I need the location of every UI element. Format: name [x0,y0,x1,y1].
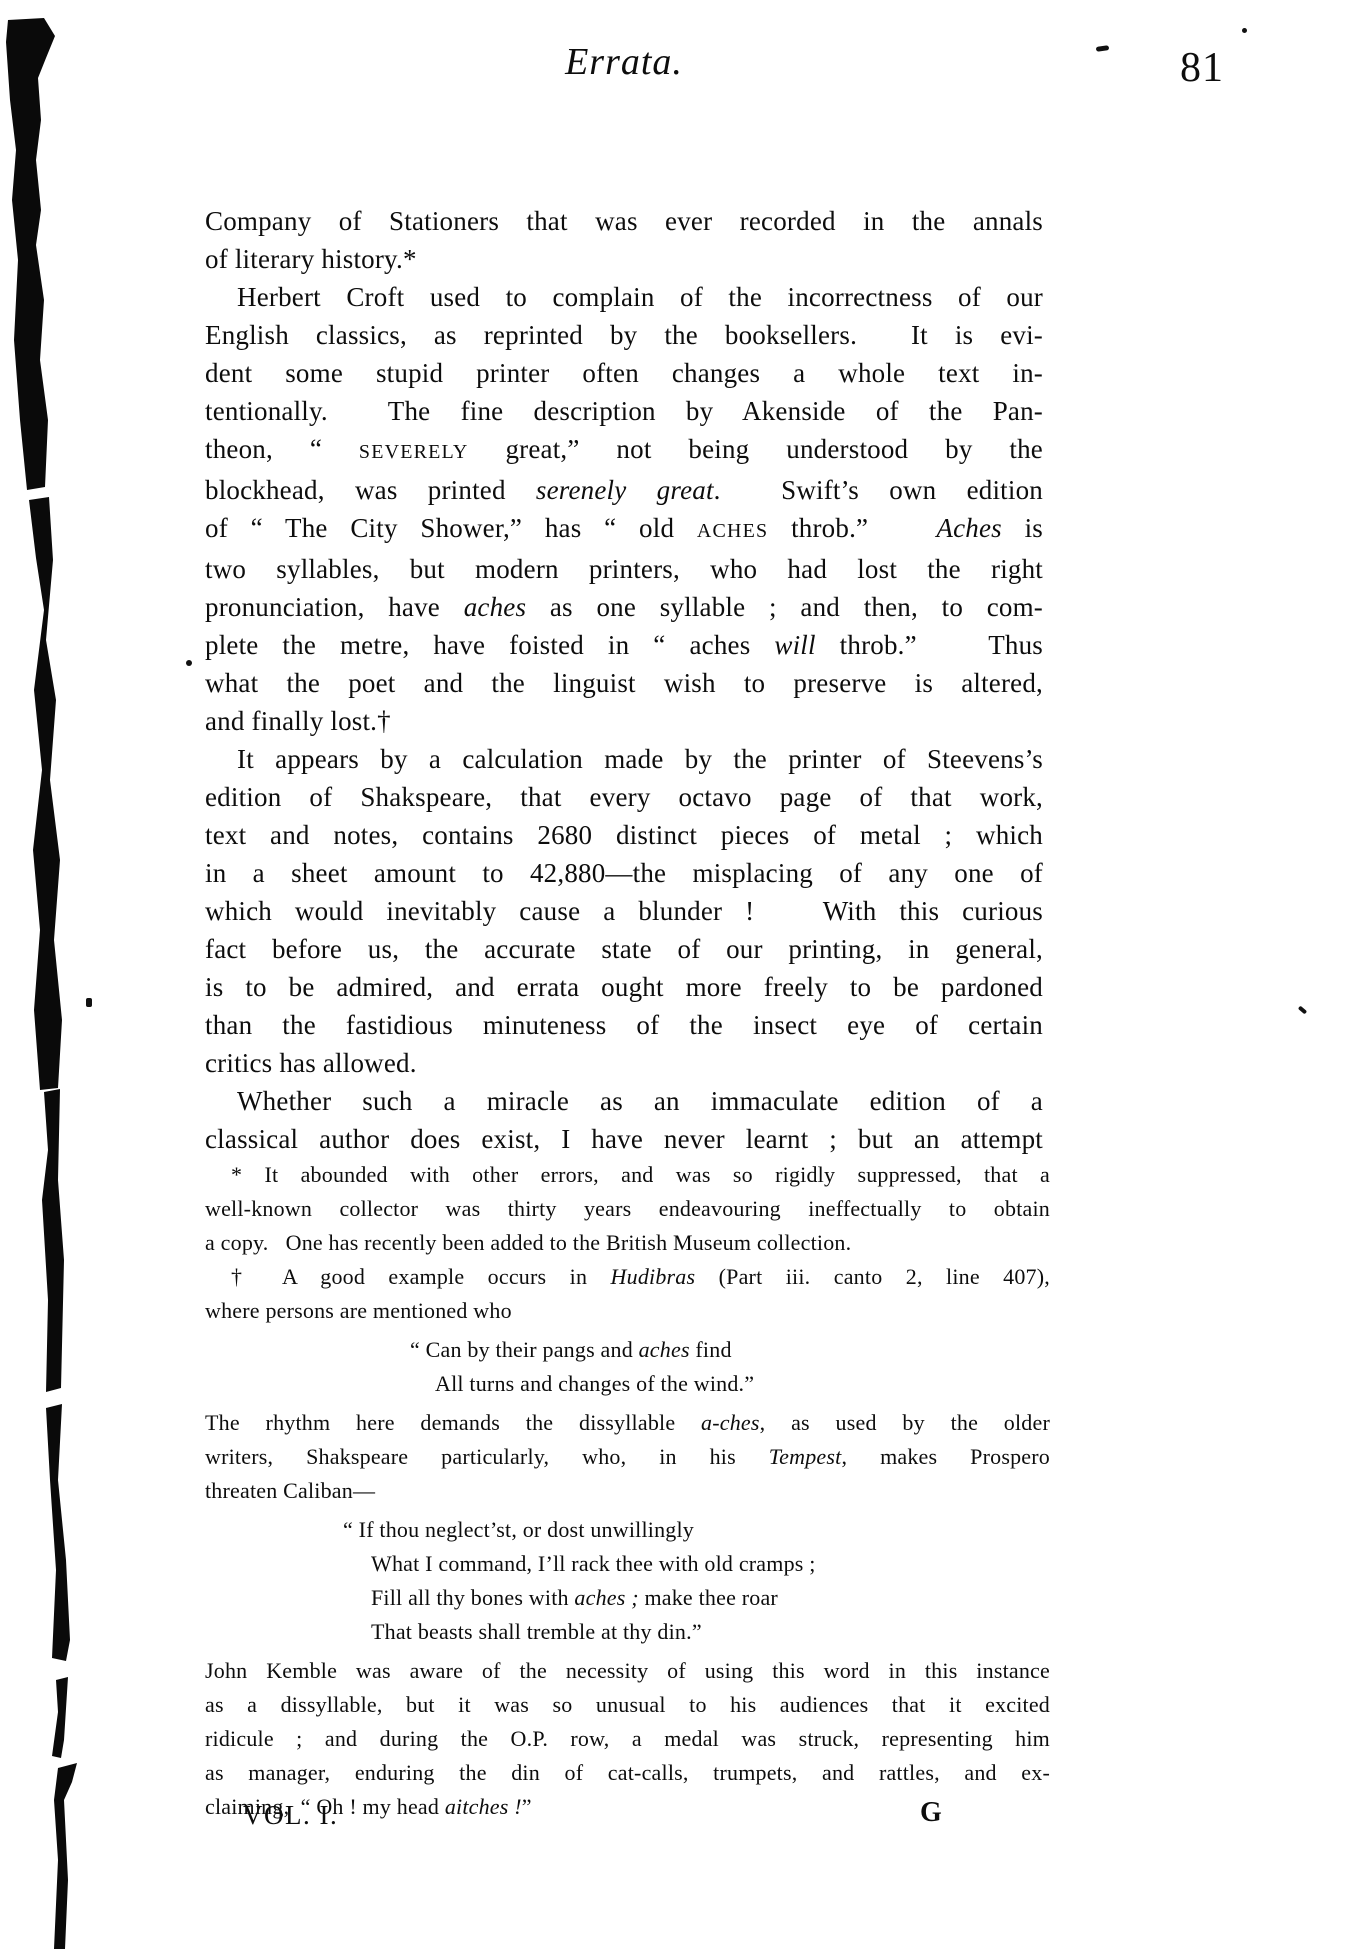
text-line: is to be admired, and errata ought more … [205,968,1043,1006]
text-line: dent some stupid printer often changes a… [205,354,1043,392]
text-line: where persons are mentioned who [205,1294,1050,1328]
text-line: as manager, enduring the din of cat-call… [205,1756,1050,1790]
text-line: than the fastidious minuteness of the in… [205,1006,1043,1044]
text-line: writers, Shakspeare particularly, who, i… [205,1440,1050,1474]
text-line: All turns and changes of the wind.” [435,1367,1050,1401]
text-line: “ If thou neglect’st, or dost unwillingl… [343,1513,1050,1547]
text-line: blockhead, was printed serenely great. S… [205,471,1043,509]
text-line: That beasts shall tremble at thy din.” [371,1615,1050,1649]
text-line: pronunciation, have aches as one syllabl… [205,588,1043,626]
text-line: English classics, as reprinted by the bo… [205,316,1043,354]
text-line: of literary history.* [205,240,1043,278]
text-line: plete the metre, have foisted in “ aches… [205,626,1043,664]
page-header-title: Errata. [205,40,1043,84]
text-line: critics has allowed. [205,1044,1043,1082]
text-line: Fill all thy bones with aches ; make the… [371,1581,1050,1615]
text-line: John Kemble was aware of the necessity o… [205,1654,1050,1688]
text-line: well-known collector was thirty years en… [205,1192,1050,1226]
text-line: two syllables, but modern printers, who … [205,550,1043,588]
footer-volume-label: VOL. I. [243,1800,338,1831]
body-text: Company of Stationers that was ever reco… [205,202,1043,1158]
scanned-book-page: Errata. 81 Company of Stationers that wa… [0,0,1347,1949]
text-line: fact before us, the accurate state of ou… [205,930,1043,968]
text-line: what the poet and the linguist wish to p… [205,664,1043,702]
text-line: “ Can by their pangs and aches find [410,1333,1050,1367]
text-line: text and notes, contains 2680 distinct p… [205,816,1043,854]
text-line: ridicule ; and during the O.P. row, a me… [205,1722,1050,1756]
text-line: It appears by a calculation made by the … [205,740,1043,778]
text-line: a copy. One has recently been added to t… [205,1226,1050,1260]
text-line: Company of Stationers that was ever reco… [205,202,1043,240]
text-line: Herbert Croft used to complain of the in… [205,278,1043,316]
scan-speck [1298,1006,1307,1015]
text-line: Whether such a miracle as an immaculate … [205,1082,1043,1120]
text-line: and finally lost.† [205,702,1043,740]
scan-speck [1242,28,1247,33]
page-number: 81 [1180,44,1224,92]
text-line: edition of Shakspeare, that every octavo… [205,778,1043,816]
text-line: * It abounded with other errors, and was… [205,1158,1050,1192]
scan-speck [86,998,92,1007]
text-line: The rhythm here demands the dissyllable … [205,1406,1050,1440]
text-line: in a sheet amount to 42,880—the misplaci… [205,854,1043,892]
text-line: tentionally. The fine description by Ake… [205,392,1043,430]
text-line: as a dissyllable, but it was so unusual … [205,1688,1050,1722]
scan-speck [186,660,192,666]
text-line: † A good example occurs in Hudibras (Par… [205,1260,1050,1294]
text-line: threaten Caliban— [205,1474,1050,1508]
text-line: What I command, I’ll rack thee with old … [371,1547,1050,1581]
scan-speck [1096,45,1110,52]
footnote-section: * It abounded with other errors, and was… [205,1158,1050,1824]
text-line: classical author does exist, I have neve… [205,1120,1043,1158]
footer-signature-letter: G [920,1797,942,1829]
text-line: which would inevitably cause a blunder !… [205,892,1043,930]
text-line: of “ The City Shower,” has “ old ACHES t… [205,509,1043,550]
text-line: theon, “ SEVERELY great,” not being unde… [205,430,1043,471]
binding-shadow-mark [0,0,90,1949]
